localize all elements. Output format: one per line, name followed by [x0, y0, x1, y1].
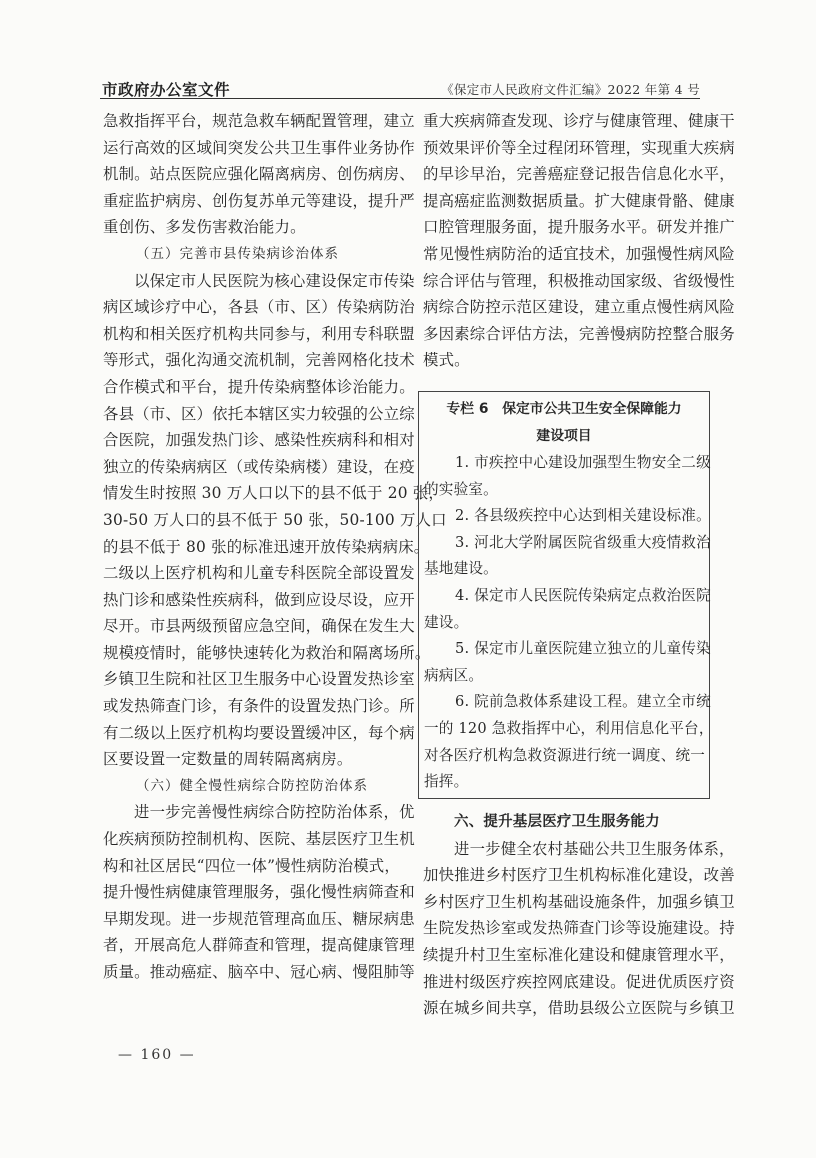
text-line: 质量。推动癌症、脑卒中、冠心病、慢阻肺等: [103, 959, 400, 986]
text-line: 区要设置一定数量的周转隔离病房。: [103, 746, 400, 773]
text-line: 以保定市人民医院为核心建设保定市传染: [103, 268, 400, 295]
text-line: 进一步完善慢性病综合防控防治体系，优: [103, 799, 400, 826]
text-line: 2. 各县级疾控中心达到相关建设标准。: [424, 503, 704, 530]
text-line: 重症监护病房、创伤复苏单元等建设，提升严: [103, 188, 400, 215]
text-line: 续提升村卫生室标准化建设和健康管理水平，: [423, 942, 712, 969]
text-line: 3. 河北大学附属医院省级重大疫情救治: [424, 530, 704, 557]
text-line: 或发热筛查门诊，有条件的设置发热门诊。所: [103, 693, 400, 720]
text-line: 推进村级医疗疾控网底建设。促进优质医疗资: [423, 969, 712, 996]
text-line: 等形式，强化沟通交流机制，完善网格化技术: [103, 347, 400, 374]
text-line: 加快推进乡村医疗卫生机构标准化建设，改善: [423, 862, 712, 889]
sidebar-box-column6: 专栏 6 保定市公共卫生安全保障能力 建设项目 1. 市疾控中心建设加强型生物安…: [418, 391, 710, 799]
text-line: 有二级以上医疗机构均要设置缓冲区，每个病: [103, 720, 400, 747]
right-column-top: 重大疾病筛查发现、诊疗与健康管理、健康干预效果评价等全过程闭环管理，实现重大疾病…: [423, 108, 712, 374]
text-line: 独立的传染病病区（或传染病楼）建设，在疫: [103, 454, 400, 481]
text-line: 热门诊和感染性疾病科，做到应设尽设，应开: [103, 587, 400, 614]
text-line: 机构和相关医疗机构共同参与，利用专科联盟: [103, 321, 400, 348]
text-line: 二级以上医疗机构和儿童专科医院全部设置发: [103, 560, 400, 587]
text-line: 乡村医疗卫生机构基础设施条件，加强乡镇卫: [423, 889, 712, 916]
section-heading: （五）完善市县传染病诊治体系: [103, 241, 400, 268]
text-line: 合医院，加强发热门诊、感染性疾病科和相对: [103, 427, 400, 454]
text-line: 提高癌症监测数据质量。扩大健康骨骼、健康: [423, 188, 712, 215]
header-right-title: 《保定市人民政府文件汇编》2022 年第 4 号: [441, 80, 700, 98]
text-line: 多因素综合评估方法，完善慢病防控整合服务: [423, 321, 712, 348]
text-line: 提升慢性病健康管理服务，强化慢性病筛查和: [103, 879, 400, 906]
text-line: 化疾病预防控制机构、医院、基层医疗卫生机: [103, 826, 400, 853]
text-line: 乡镇卫生院和社区卫生服务中心设置发热诊室: [103, 666, 400, 693]
text-line: 预效果评价等全过程闭环管理，实现重大疾病: [423, 135, 712, 162]
text-line: 急救指挥平台，规范急救车辆配置管理，建立: [103, 108, 400, 135]
text-line: 基地建设。: [424, 556, 704, 583]
text-line: 重大疾病筛查发现、诊疗与健康管理、健康干: [423, 108, 712, 135]
box-title-line2: 建设项目: [424, 423, 704, 450]
text-line: 进一步健全农村基础公共卫生服务体系，: [423, 836, 712, 863]
text-line: 运行高效的区域间突发公共卫生事件业务协作: [103, 135, 400, 162]
text-line: 1. 市疾控中心建设加强型生物安全二级: [424, 450, 704, 477]
header-left-title: 市政府办公室文件: [102, 78, 230, 100]
text-line: 的实验室。: [424, 477, 704, 504]
box-items: 1. 市疾控中心建设加强型生物安全二级的实验室。2. 各县级疾控中心达到相关建设…: [424, 450, 704, 796]
text-line: 的早诊早治，完善癌症登记报告信息化水平，: [423, 161, 712, 188]
text-line: 早期发现。进一步规范管理高血压、糖尿病患: [103, 906, 400, 933]
text-line: 者，开展高危人群筛查和管理，提高健康管理: [103, 932, 400, 959]
section-heading: 六、提升基层医疗卫生服务能力: [423, 809, 712, 836]
box-title-line1: 专栏 6 保定市公共卫生安全保障能力: [424, 396, 704, 423]
text-line: 合作模式和平台，提升传染病整体诊治能力。: [103, 374, 400, 401]
text-line: 4. 保定市人民医院传染病定点救治医院: [424, 583, 704, 610]
text-line: 综合评估与管理，积极推动国家级、省级慢性: [423, 268, 712, 295]
text-line: 情发生时按照 30 万人口以下的县不低于 20 张，: [103, 480, 400, 507]
text-line: 病区域诊疗中心，各县（市、区）传染病防治: [103, 294, 400, 321]
text-line: 病病区。: [424, 663, 704, 690]
text-line: 尽开。市县两级预留应急空间，确保在发生大: [103, 613, 400, 640]
text-line: 6. 院前急救体系建设工程。建立全市统: [424, 689, 704, 716]
text-line: 建设。: [424, 610, 704, 637]
left-column: 急救指挥平台，规范急救车辆配置管理，建立运行高效的区域间突发公共卫生事件业务协作…: [103, 108, 400, 986]
text-line: 指挥。: [424, 769, 704, 796]
text-line: 病综合防控示范区建设，建立重点慢性病风险: [423, 294, 712, 321]
text-line: 对各医疗机构急救资源进行统一调度、统一: [424, 743, 704, 770]
text-line: 生院发热诊室或发热筛查门诊等设施建设。持: [423, 915, 712, 942]
text-line: 各县（市、区）依托本辖区实力较强的公立综: [103, 401, 400, 428]
text-line: 一的 120 急救指挥中心，利用信息化平台，: [424, 716, 704, 743]
text-line: 构和社区居民“四位一体”慢性病防治模式，: [103, 853, 400, 880]
text-line: 规模疫情时，能够快速转化为救治和隔离场所。: [103, 640, 400, 667]
text-line: 重创伤、多发伤害救治能力。: [103, 214, 400, 241]
text-line: 机制。站点医院应强化隔离病房、创伤病房、: [103, 161, 400, 188]
section-heading: （六）健全慢性病综合防控防治体系: [103, 773, 400, 800]
right-column-bottom: 六、提升基层医疗卫生服务能力进一步健全农村基础公共卫生服务体系，加快推进乡村医疗…: [423, 809, 712, 1022]
text-line: 30-50 万人口的县不低于 50 张，50-100 万人口: [103, 507, 400, 534]
page-number: — 160 —: [118, 1047, 196, 1063]
text-line: 模式。: [423, 347, 712, 374]
text-line: 口腔管理服务面，提升服务水平。研发并推广: [423, 214, 712, 241]
text-line: 源在城乡间共享，借助县级公立医院与乡镇卫: [423, 995, 712, 1022]
text-line: 常见慢性病防治的适宜技术，加强慢性病风险: [423, 241, 712, 268]
page-header: 市政府办公室文件 《保定市人民政府文件汇编》2022 年第 4 号: [100, 76, 700, 99]
text-line: 5. 保定市儿童医院建立独立的儿童传染: [424, 636, 704, 663]
text-line: 的县不低于 80 张的标准迅速开放传染病病床。: [103, 534, 400, 561]
